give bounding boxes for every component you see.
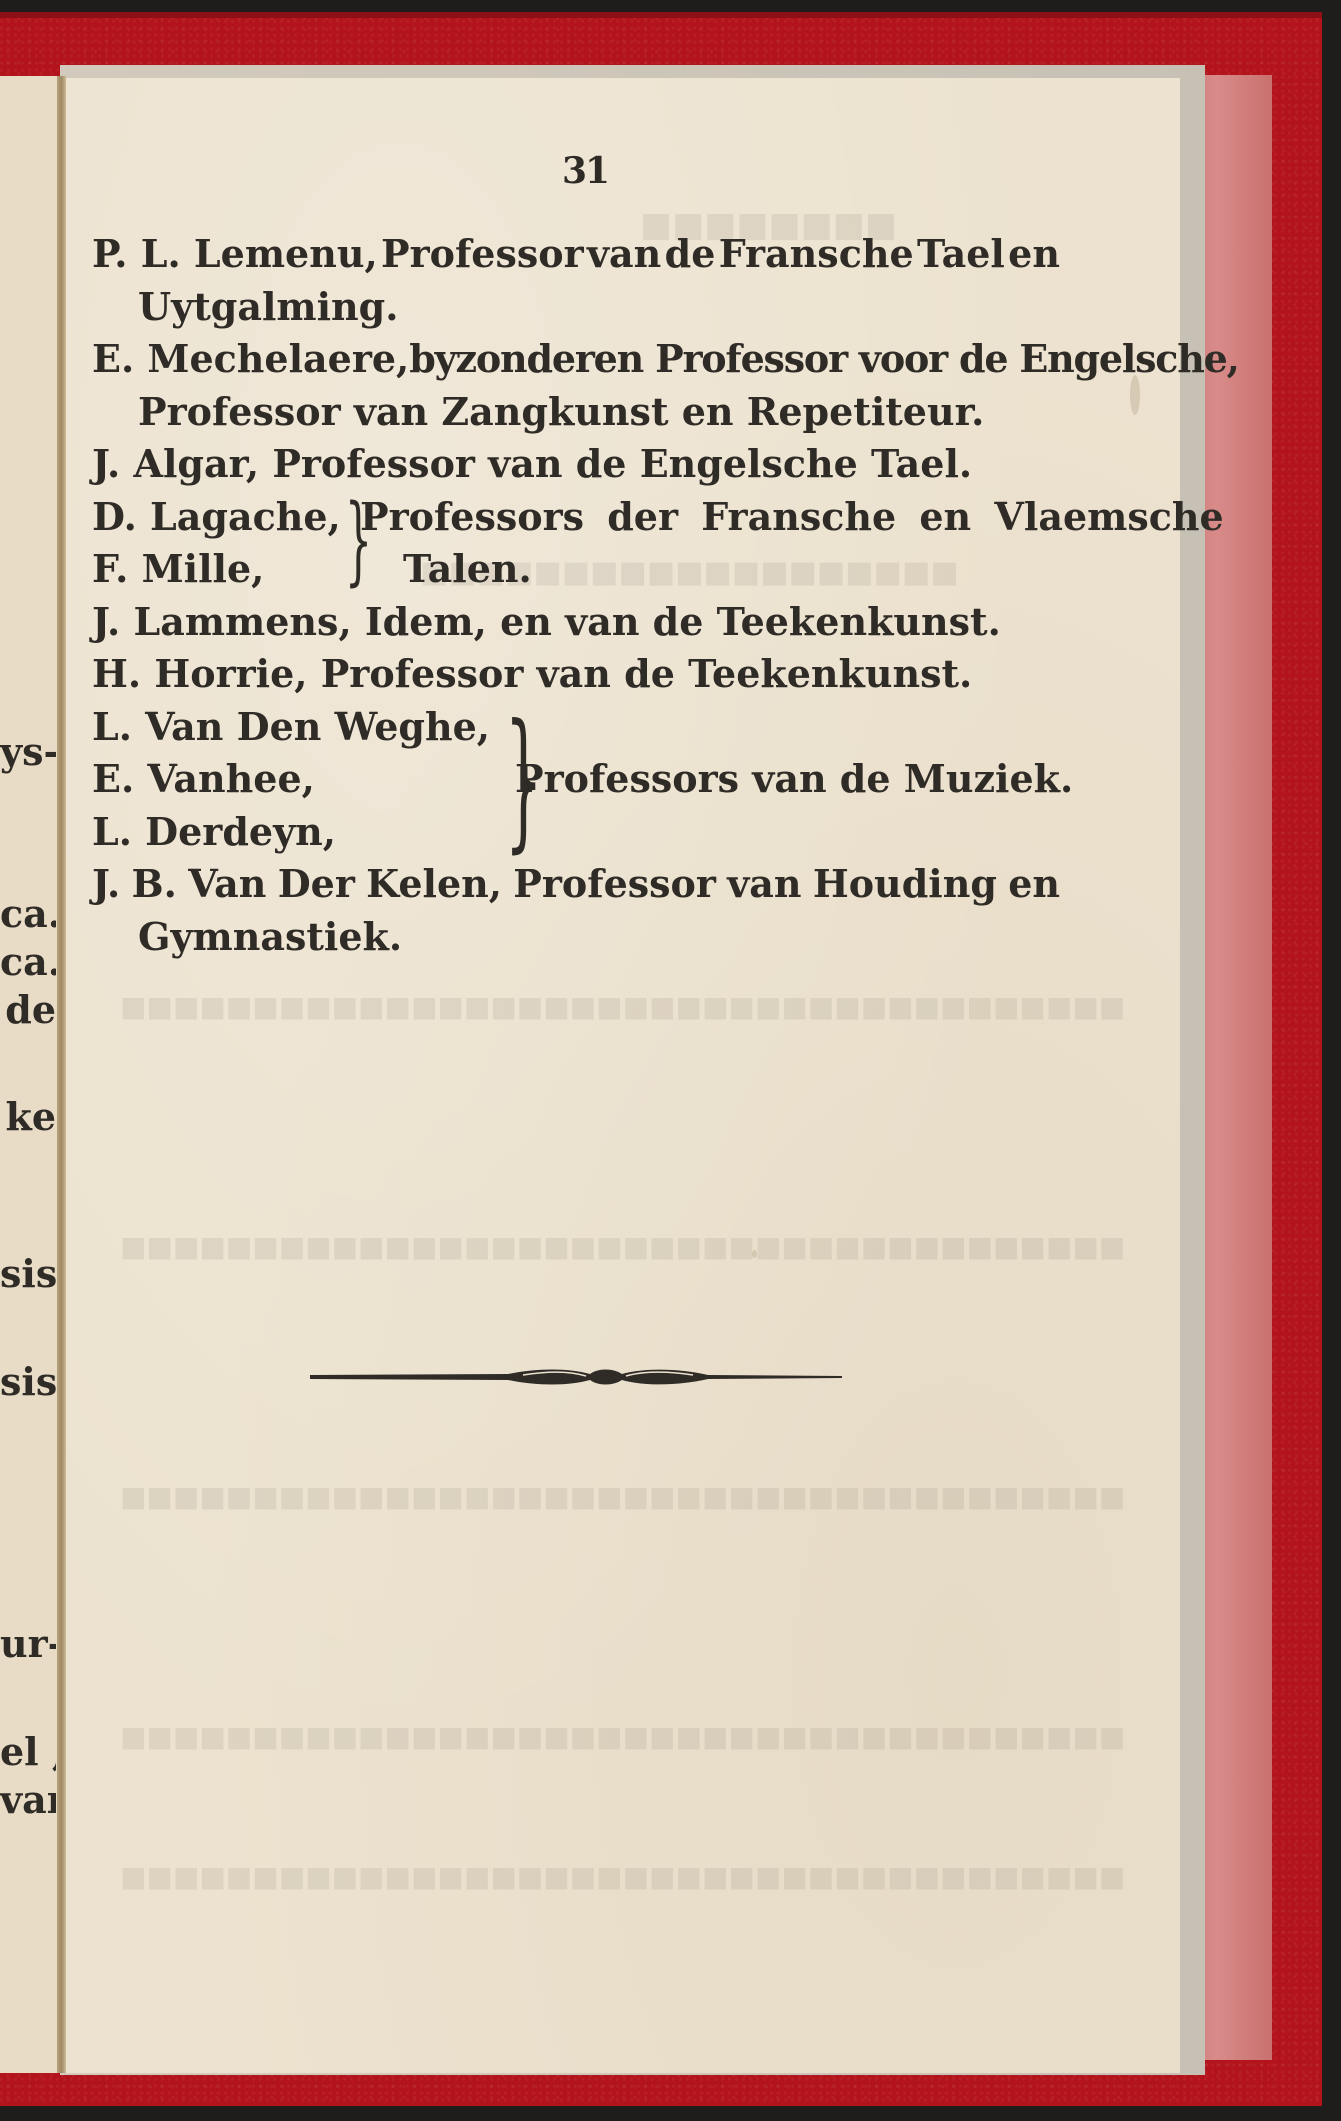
entry-name-word: B. xyxy=(132,862,177,906)
left-page-fragment: de xyxy=(0,988,56,1032)
cover-top-edge xyxy=(0,12,1322,18)
left-page-fragment: ke xyxy=(0,1095,56,1139)
left-page-fragment: sis xyxy=(0,1252,56,1296)
paper-stain xyxy=(1130,375,1140,415)
show-through-text: ■■■■■■■■■■■■■■■■■■■■■■■■■■■■■■■■■■■■■■ xyxy=(120,990,1125,1023)
entry-van-den-weghe: L. Van Den Weghe, xyxy=(92,705,490,749)
left-page-fragment: el , xyxy=(0,1730,56,1774)
group-role-text: Professors der Fransche en Vlaemsche xyxy=(360,495,1224,539)
gutter-shadow xyxy=(57,76,66,2073)
entry-mille: F. Mille, xyxy=(92,547,264,591)
entry-van-der-kelen: J. B. Van Der Kelen, Professor van Houdi… xyxy=(92,862,1060,906)
entry-role-word: van xyxy=(727,862,801,906)
entry-mechelaere: E. Mechelaere, byzonderen Professor voor… xyxy=(92,337,1060,381)
page-number: 31 xyxy=(562,150,608,192)
entry-derdeyn: L. Derdeyn, xyxy=(92,810,336,854)
group-role-languages: Professors der Fransche en Vlaemsche xyxy=(360,495,1060,539)
entry-lagache: D. Lagache, xyxy=(92,495,341,539)
entry-role: byzonderen Professor voor de Engelsche, xyxy=(409,337,1238,381)
entry-name-word: J. xyxy=(92,862,120,906)
group-role-languages-continuation: Talen. xyxy=(403,547,532,591)
entry-role-word: van xyxy=(587,232,661,276)
entry-van-der-kelen-continuation: Gymnastiek. xyxy=(138,915,1106,959)
entry-lammens: J. Lammens, Idem, en van de Teekenkunst. xyxy=(92,600,1060,644)
entry-role-word: Professor xyxy=(513,862,716,906)
entry-role-word: Tael xyxy=(917,232,1005,276)
left-page-fragment: ur- xyxy=(0,1622,56,1666)
entry-name: E. Mechelaere, xyxy=(92,337,409,381)
entry-lemenu-continuation: Uytgalming. xyxy=(138,285,1106,329)
show-through-text: ■■■■■■■■■■■■■■■■■■■■■■■■■■■■■■■■■■■■■■ xyxy=(120,1860,1125,1893)
left-page-fragment: ca. xyxy=(0,892,56,936)
ornamental-rule-icon xyxy=(308,1362,844,1392)
entry-mechelaere-continuation: Professor van Zangkunst en Repetiteur. xyxy=(138,390,1106,434)
entry-name: P. L. Lemenu, xyxy=(92,232,378,276)
entry-name-word: Der xyxy=(278,862,355,906)
left-page-fragment: ys- xyxy=(0,730,56,774)
entry-role-word: Houding xyxy=(813,862,997,906)
show-through-text: ■■■■■■■■■■■■■■■■■■■■■■■■■■■■■■■■■■■■■■ xyxy=(120,1230,1125,1263)
left-page-fragment: van xyxy=(0,1778,56,1822)
left-page-fragment: sis xyxy=(0,1360,56,1404)
show-through-text: ■■■■■■■■■■■■■■■■■■■■■■■■■■■■■■■■■■■■■■ xyxy=(120,1480,1125,1513)
show-through-text: ■■■■■■■■■■■■■■■■■■■■■■■■■■■■■■■■■■■■■■ xyxy=(120,1720,1125,1753)
entry-vanhee: E. Vanhee, xyxy=(92,757,315,801)
group-role-music: Professors van de Muziek. xyxy=(515,757,1073,801)
left-page-fragment: ca. xyxy=(0,940,56,984)
entry-name-word: Van xyxy=(188,862,266,906)
entry-role-word: de xyxy=(665,232,716,276)
entry-role-word: en xyxy=(1008,862,1060,906)
paper-speck xyxy=(752,1250,757,1258)
entry-name-word: Kelen, xyxy=(366,862,502,906)
entry-algar: J. Algar, Professor van de Engelsche Tae… xyxy=(92,442,1060,486)
entry-role-word: en xyxy=(1008,232,1060,276)
entry-role-word: Fransche xyxy=(719,232,914,276)
entry-horrie: H. Horrie, Professor van de Teekenkunst. xyxy=(92,652,1060,696)
entry-lemenu: P. L. Lemenu, Professor van de Fransche … xyxy=(92,232,1060,276)
entry-role-word: Professor xyxy=(381,232,584,276)
